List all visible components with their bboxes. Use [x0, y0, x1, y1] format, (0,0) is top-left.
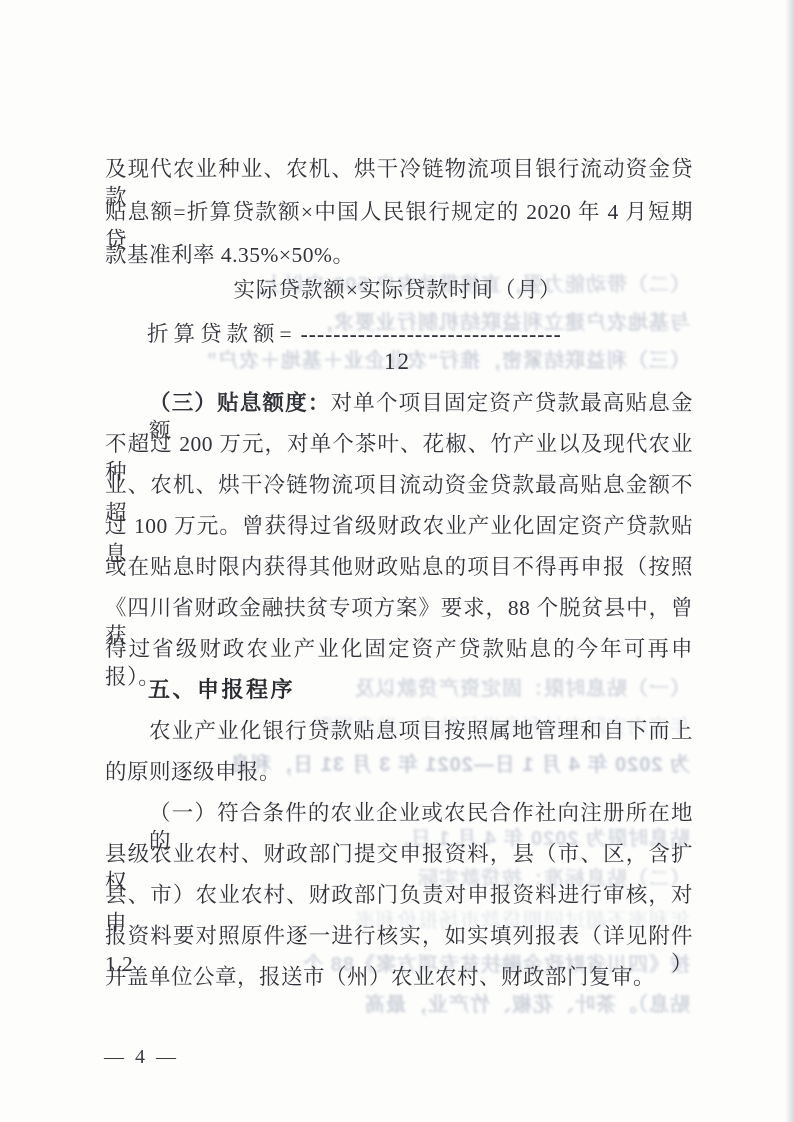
body-line: 县级农业农村、财政部门提交申报资料，县（市、区，含扩权	[105, 840, 693, 868]
body-line: （一）符合条件的农业企业或农民合作社向注册所在地的	[105, 799, 693, 827]
scanned-document-page: （二）带动能力强，直接带动农户 500 户以上， 与基地农户建立利益联结机制行业…	[0, 0, 794, 1122]
bleedthrough-line: 贴息）。茶叶、花椒、竹产业，最高	[105, 992, 690, 1018]
formula-denominator: 12	[105, 348, 690, 376]
body-line: （三）贴息额度：对单个项目固定资产贷款最高贴息金额	[105, 389, 693, 417]
body-line: 业、农机、烘干冷链物流项目流动资金贷款最高贴息金额不超	[105, 471, 693, 499]
body-line: 农业产业化银行贷款贴息项目按照属地管理和自下而上	[105, 717, 693, 745]
body-line: 或在贴息时限内获得其他财政贴息的项目不得再申报（按照	[105, 553, 693, 581]
body-line: 的原则逐级申报。	[105, 758, 693, 786]
page-edge-shadow	[785, 0, 794, 1122]
body-line: 过 100 万元。曾获得过省级财政农业产业化固定资产贷款贴息	[105, 512, 693, 540]
page-number: — 4 —	[104, 1044, 179, 1070]
formula-fraction-bar: --------------------------------	[301, 320, 562, 348]
formula-equation: 折算贷款额= --------------------------------	[147, 320, 562, 348]
body-line: 县、市）农业农村、财政部门负责对申报资料进行审核，对申	[105, 881, 693, 909]
subsection-label: （三）贴息额度：	[149, 391, 331, 415]
body-line: 得过省级财政农业产业化固定资产贷款贴息的今年可再申报）。	[105, 635, 693, 663]
section-heading: 五、申报程序	[148, 676, 295, 704]
body-line: 不超过 200 万元，对单个茶叶、花椒、竹产业以及现代农业种	[105, 430, 693, 458]
formula-lhs: 折算贷款额=	[147, 320, 297, 348]
body-line: 《四川省财政金融扶贫专项方案》要求，88 个脱贫县中，曾获	[105, 594, 693, 622]
body-line: 报资料要对照原件逐一进行核实，如实填列报表（详见附件 1.2）	[105, 922, 693, 950]
body-line: 贴息额=折算贷款额×中国人民银行规定的 2020 年 4 月短期贷	[105, 198, 693, 226]
body-line: 款基准利率 4.35%×50%。	[105, 241, 693, 269]
body-line: 及现代农业种业、农机、烘干冷链物流项目银行流动资金贷款	[105, 155, 693, 183]
body-line: 并盖单位公章，报送市（州）农业农村、财政部门复审。	[105, 963, 693, 991]
formula-numerator: 实际贷款额×实际贷款时间（月）	[105, 276, 690, 304]
